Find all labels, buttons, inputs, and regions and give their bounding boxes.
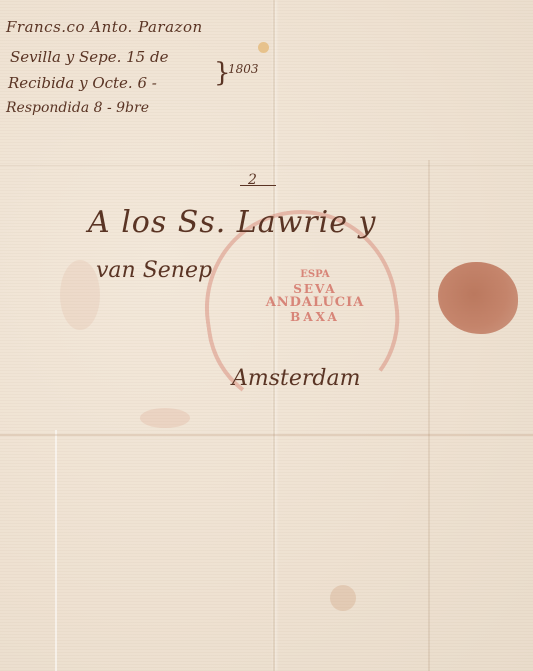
wax-seal-icon (438, 262, 518, 334)
postmark-line-1: ESPA (250, 268, 380, 282)
docket-sender: Francs.co Anto. Parazon (6, 18, 203, 36)
postmark-line-2: SEVA (250, 282, 380, 296)
docket-sent: Sevilla y Sepe. 15 de (10, 48, 168, 66)
docket-answered: Respondida 8 - 9bre (6, 100, 149, 116)
fold-line (0, 434, 533, 436)
postmark-line-4: BAXA (250, 310, 380, 324)
address-city: Amsterdam (232, 366, 360, 391)
rate-underline (240, 185, 276, 186)
foxing-stain (60, 260, 100, 330)
docket-year: 1803 (228, 62, 259, 76)
foxing-stain (330, 585, 356, 611)
fold-line (55, 430, 57, 671)
fold-line (0, 165, 533, 166)
fold-line (428, 160, 430, 671)
postmark-stamp: ESPA SEVA ANDALUCIA BAXA (250, 268, 380, 324)
postmark-line-3: ANDALUCIA (250, 296, 380, 310)
docket-received: Recibida y Octe. 6 - (8, 74, 157, 92)
seal-hole (258, 42, 269, 53)
foxing-stain (140, 408, 190, 428)
letter-sheet: Francs.co Anto. Parazon Sevilla y Sepe. … (0, 0, 533, 671)
address-line-1: A los Ss. Lawrie y (88, 205, 376, 240)
address-line-2: van Senep (96, 258, 212, 283)
